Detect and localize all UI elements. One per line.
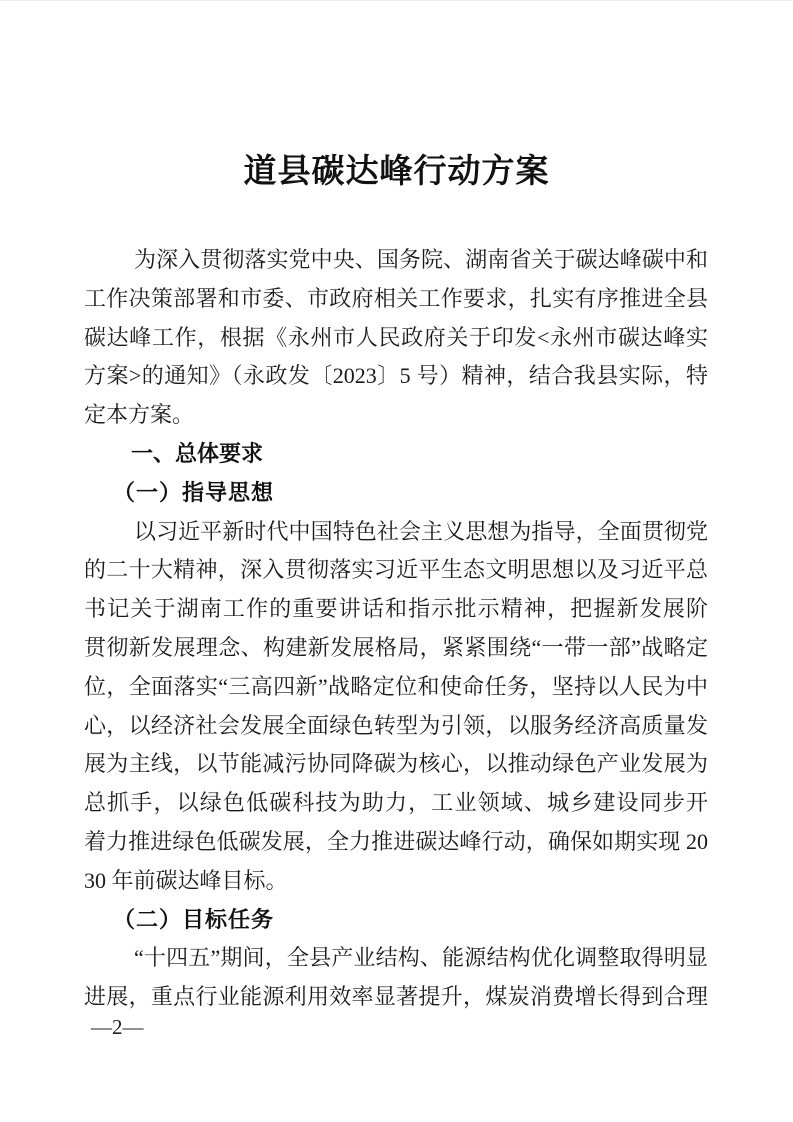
body-line: 贯彻新发展理念、构建新发展格局，紧紧围绕“一带一部”战略定 xyxy=(84,629,708,668)
body-line: 以习近平新时代中国特色社会主义思想为指导，全面贯彻党 xyxy=(84,513,708,552)
body-line: 位，全面落实“三高四新”战略定位和使命任务，坚持以人民为中 xyxy=(84,668,708,707)
body-line: 碳达峰工作，根据《永州市人民政府关于印发<永州市碳达峰实施 xyxy=(84,319,708,358)
body-line: 工作决策部署和市委、市政府相关工作要求，扎实有序推进全县 xyxy=(84,280,708,319)
body-line: 方案>的通知》（永政发〔2023〕5 号）精神，结合我县实际，特制 xyxy=(84,357,708,396)
subsection-heading: （一）指导思想 xyxy=(84,474,708,513)
body-line: 定本方案。 xyxy=(84,396,708,435)
page-number: —2— xyxy=(91,1015,144,1039)
document-page: 道县碳达峰行动方案 为深入贯彻落实党中央、国务院、湖南省关于碳达峰碳中和 工作决… xyxy=(0,0,793,1122)
body-line: 总抓手，以绿色低碳科技为助力，工业领域、城乡建设同步开展， xyxy=(84,784,708,823)
body-line: 书记关于湖南工作的重要讲话和指示批示精神，把握新发展阶段、 xyxy=(84,590,708,629)
document-title: 道县碳达峰行动方案 xyxy=(0,145,793,192)
body-line: 心，以经济社会发展全面绿色转型为引领，以服务经济高质量发 xyxy=(84,707,708,746)
section-heading: 一、总体要求 xyxy=(84,435,708,474)
body-line: 着力推进绿色低碳发展，全力推进碳达峰行动，确保如期实现 20 xyxy=(84,823,708,862)
body-line: 进展，重点行业能源利用效率显著提升，煤炭消费增长得到合理 xyxy=(84,978,708,1017)
body-line: 的二十大精神，深入贯彻落实习近平生态文明思想以及习近平总 xyxy=(84,551,708,590)
body-line: 30 年前碳达峰目标。 xyxy=(84,862,708,901)
document-body: 为深入贯彻落实党中央、国务院、湖南省关于碳达峰碳中和 工作决策部署和市委、市政府… xyxy=(84,241,708,1017)
body-line: 展为主线，以节能减污协同降碳为核心，以推动绿色产业发展为 xyxy=(84,745,708,784)
subsection-heading: （二）目标任务 xyxy=(84,901,708,940)
body-line: “十四五”期间，全县产业结构、能源结构优化调整取得明显 xyxy=(84,939,708,978)
body-line: 为深入贯彻落实党中央、国务院、湖南省关于碳达峰碳中和 xyxy=(84,241,708,280)
